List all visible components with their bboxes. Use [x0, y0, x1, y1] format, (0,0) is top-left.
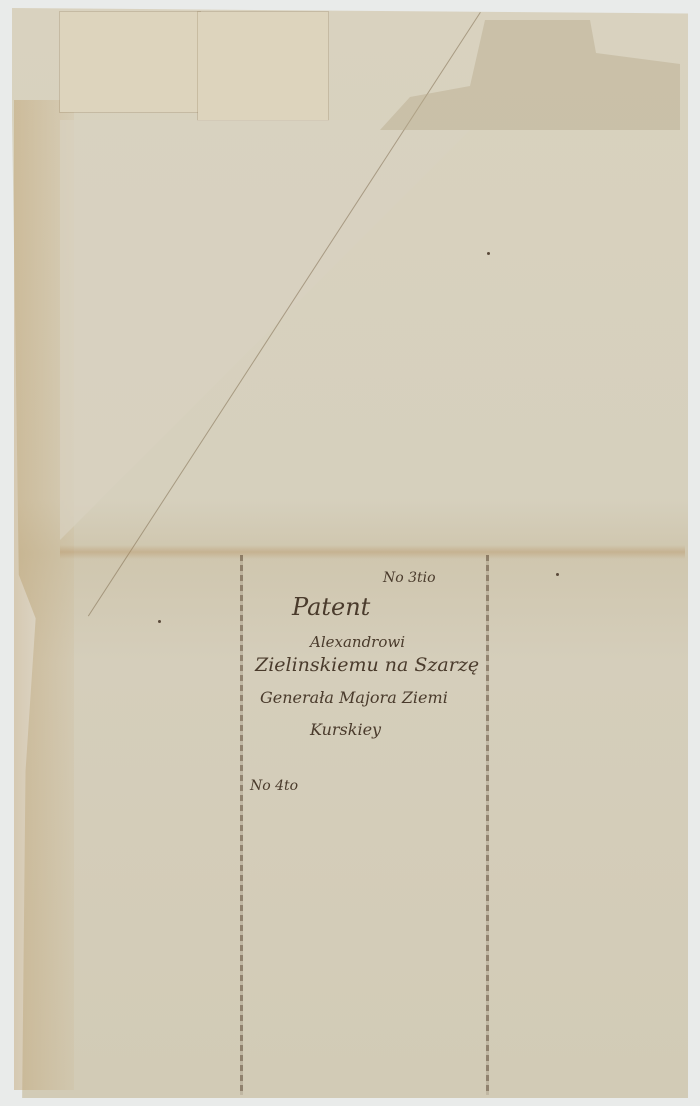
- ink-speck: [487, 252, 490, 255]
- docket-line-3: Generała Majora Ziemi: [260, 688, 448, 707]
- vertical-fold-left: [240, 555, 243, 1095]
- docket-number-top: No 3tio: [383, 570, 436, 586]
- paper-repair-patch: [60, 12, 200, 112]
- docket-line-1: Alexandrowi: [310, 633, 405, 651]
- paper-repair-patch: [198, 12, 328, 120]
- docket-line-2: Zielinskiemu na Szarzę: [255, 654, 479, 676]
- ink-speck: [158, 620, 161, 623]
- vertical-fold-right: [486, 555, 489, 1095]
- horizontal-fold: [60, 545, 685, 559]
- ink-speck: [556, 573, 559, 576]
- docket-line-4: Kurskiey: [310, 720, 381, 739]
- docket-number-bottom: No 4to: [250, 778, 298, 794]
- docket-title: Patent: [292, 593, 370, 621]
